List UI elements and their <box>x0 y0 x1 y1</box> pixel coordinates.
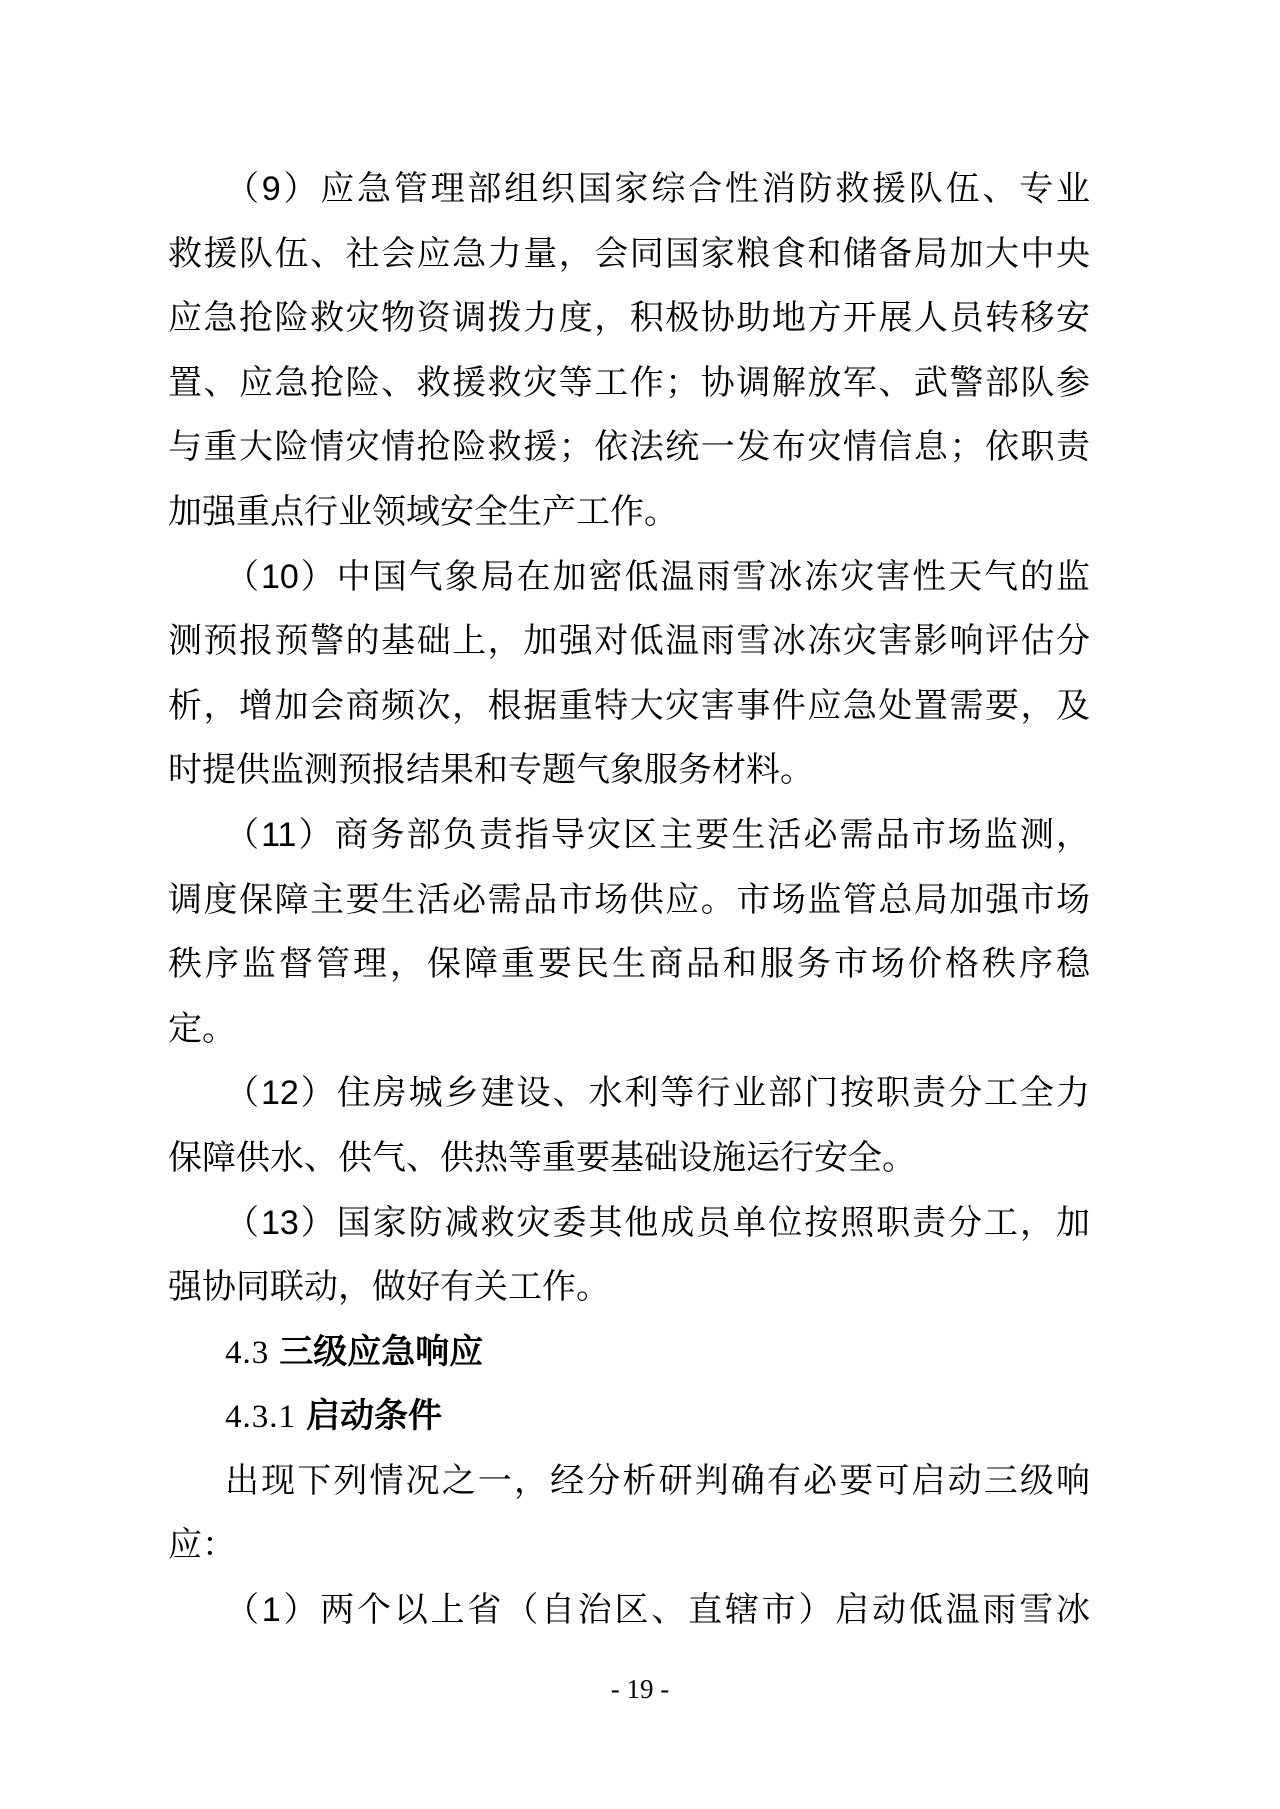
paragraph-line: 置、应急抢险、救援救灾等工作；协调解放军、武警部队参 <box>168 351 1090 416</box>
paragraph-line: 救援队伍、社会应急力量，会同国家粮食和储备局加大中央 <box>168 222 1090 287</box>
section-heading-4-3: 4.3三级应急响应 <box>168 1320 1090 1385</box>
section-number: 4.3 <box>225 1335 269 1371</box>
paragraph-line: 析，增加会商频次，根据重特大灾害事件应急处置需要，及 <box>168 674 1090 739</box>
paragraph-line: 与重大险情灾情抢险救援；依法统一发布灾情信息；依职责 <box>168 415 1090 480</box>
paragraph-line: 测预报预警的基础上，加强对低温雨雪冰冻灾害影响评估分 <box>168 609 1090 674</box>
paragraph-line: 出现下列情况之一，经分析研判确有必要可启动三级响 <box>168 1449 1090 1514</box>
paragraph-line: 秩序监督管理，保障重要民生商品和服务市场价格秩序稳 <box>168 932 1090 997</box>
document-body: （9）应急管理部组织国家综合性消防救援队伍、专业 救援队伍、社会应急力量，会同国… <box>168 157 1090 1643</box>
paragraph-line: 应： <box>168 1513 1090 1578</box>
paragraph-line: 保障供水、供气、供热等重要基础设施运行安全。 <box>168 1126 1090 1191</box>
paragraph-line: 时提供监测预报结果和专题气象服务材料。 <box>168 738 1090 803</box>
paragraph-line: （9）应急管理部组织国家综合性消防救援队伍、专业 <box>168 157 1090 222</box>
section-heading-4-3-1: 4.3.1启动条件 <box>168 1384 1090 1449</box>
document-page: （9）应急管理部组织国家综合性消防救援队伍、专业 救援队伍、社会应急力量，会同国… <box>0 0 1280 1809</box>
paragraph-line: （10）中国气象局在加密低温雨雪冰冻灾害性天气的监 <box>168 545 1090 610</box>
paragraph-line: （11）商务部负责指导灾区主要生活必需品市场监测， <box>168 803 1090 868</box>
page-number: - 19 - <box>0 1674 1280 1705</box>
section-title: 启动条件 <box>306 1397 442 1435</box>
paragraph-line: 定。 <box>168 997 1090 1062</box>
paragraph-line: （1）两个以上省（自治区、直辖市）启动低温雨雪冰 <box>168 1578 1090 1643</box>
section-title: 三级应急响应 <box>279 1333 483 1371</box>
paragraph-line: 加强重点行业领域安全生产工作。 <box>168 480 1090 545</box>
section-number: 4.3.1 <box>225 1399 296 1435</box>
paragraph-line: 应急抢险救灾物资调拨力度，积极协助地方开展人员转移安 <box>168 286 1090 351</box>
paragraph-line: 强协同联动，做好有关工作。 <box>168 1255 1090 1320</box>
paragraph-line: 调度保障主要生活必需品市场供应。市场监管总局加强市场 <box>168 868 1090 933</box>
paragraph-line: （13）国家防减救灾委其他成员单位按照职责分工，加 <box>168 1191 1090 1256</box>
paragraph-line: （12）住房城乡建设、水利等行业部门按职责分工全力 <box>168 1061 1090 1126</box>
